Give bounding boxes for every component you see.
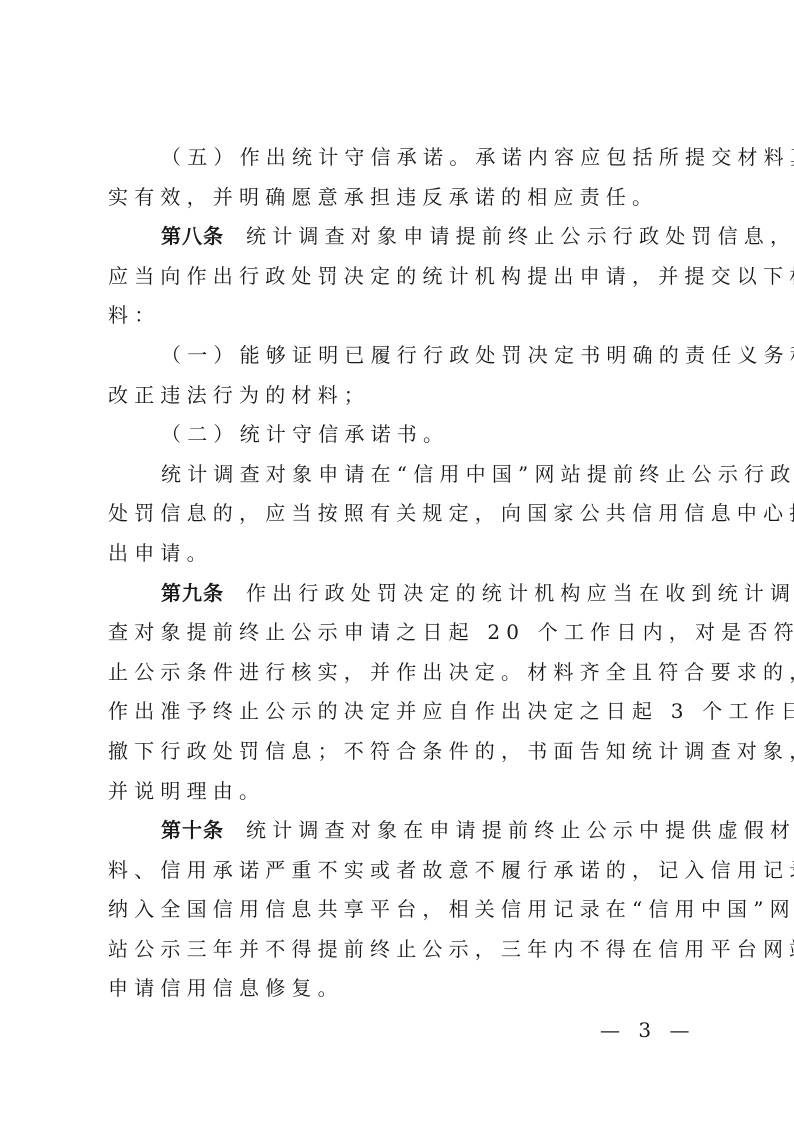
article-8-heading-line: 第八条统计调查对象申请提前终止公示行政处罚信息，: [108, 217, 696, 257]
article-10-heading-line: 第十条统计调查对象在申请提前终止公示中提供虚假材: [108, 811, 696, 851]
text-line: （二）统计守信承诺书。: [108, 415, 696, 455]
text-line: 改正违法行为的材料；: [108, 376, 696, 416]
text-line: 查对象提前终止公示申请之日起 20 个工作日内，对是否符合终: [108, 613, 696, 653]
text-line: 站公示三年并不得提前终止公示，三年内不得在信用平台网站: [108, 930, 696, 970]
text-line: （五）作出统计守信承诺。承诺内容应包括所提交材料真: [108, 138, 696, 178]
text-line: 止公示条件进行核实，并作出决定。材料齐全且符合要求的，: [108, 653, 696, 693]
article-title: 第十条: [161, 818, 224, 842]
text-line: 申请信用信息修复。: [108, 969, 696, 1009]
text-line: 出申请。: [108, 534, 696, 574]
document-body: （五）作出统计守信承诺。承诺内容应包括所提交材料真 实有效，并明确愿意承担违反承…: [108, 138, 696, 1009]
article-title: 第九条: [161, 581, 224, 605]
text-line: 纳入全国信用信息共享平台，相关信用记录在“信用中国”网: [108, 890, 696, 930]
article-9-heading-line: 第九条作出行政处罚决定的统计机构应当在收到统计调: [108, 574, 696, 614]
text-line: 处罚信息的，应当按照有关规定，向国家公共信用信息中心提: [108, 494, 696, 534]
text-line: 应当向作出行政处罚决定的统计机构提出申请，并提交以下材: [108, 257, 696, 297]
page-number: — 3 —: [600, 1018, 695, 1042]
text-line: 撤下行政处罚信息；不符合条件的，书面告知统计调查对象，: [108, 732, 696, 772]
text-line: 料：: [108, 296, 696, 336]
text-line: 并说明理由。: [108, 772, 696, 812]
text-line: 作出准予终止公示的决定并应自作出决定之日起 3 个工作日内: [108, 692, 696, 732]
article-title: 第八条: [161, 224, 224, 248]
text-line: 实有效，并明确愿意承担违反承诺的相应责任。: [108, 178, 696, 218]
text-line: 料、信用承诺严重不实或者故意不履行承诺的，记入信用记录，: [108, 851, 696, 891]
text-line: 统计调查对象申请在“信用中国”网站提前终止公示行政: [108, 455, 696, 495]
text-line: （一）能够证明已履行行政处罚决定书明确的责任义务和: [108, 336, 696, 376]
